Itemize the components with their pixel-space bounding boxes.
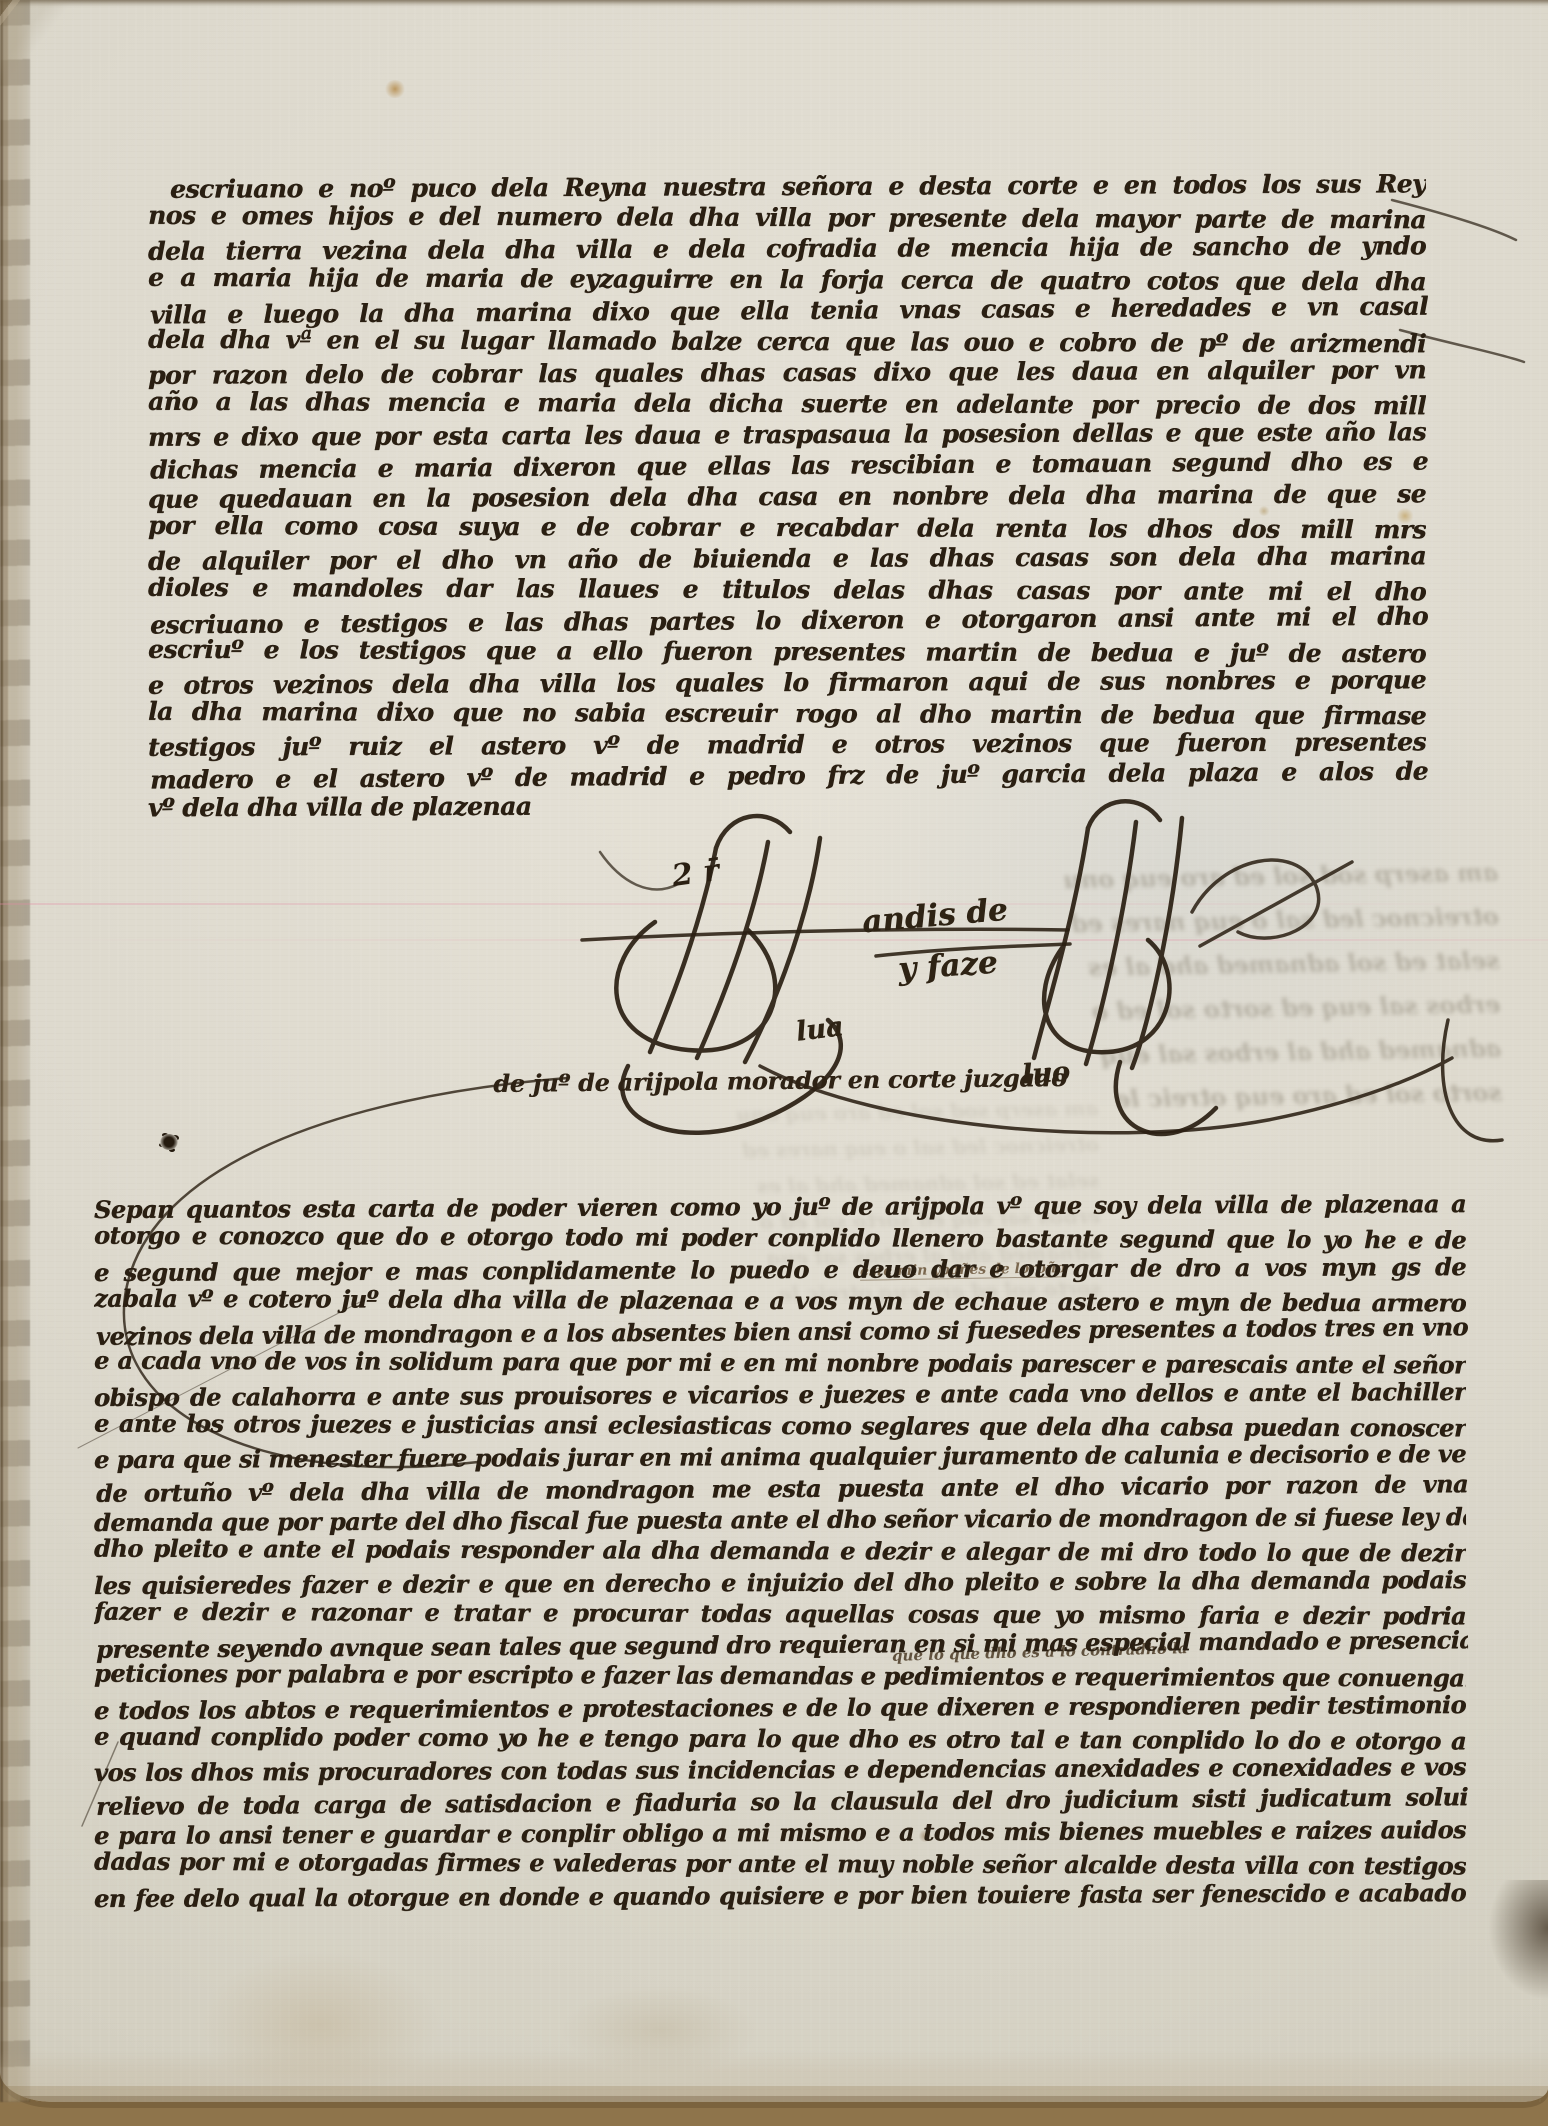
right-edge-smudge <box>1488 1880 1548 2000</box>
manuscript-line: les quisieredes fazer e dezir e que en d… <box>94 1565 1466 1602</box>
manuscript-line: dela dha vª en el su lugar llamado balze… <box>148 325 1426 360</box>
manuscript-line: e segund que mejor e mas conplidamente l… <box>94 1252 1466 1289</box>
manuscript-line: por ella como cosa suya e de cobrar e re… <box>148 511 1426 546</box>
top-page-edge <box>0 0 1548 7</box>
manuscript-line: dela tierra vezina dela dha villa e dela… <box>148 231 1426 268</box>
manuscript-line: que quedauan en la posesion dela dha cas… <box>148 479 1426 516</box>
manuscript-page: am aserp sod sol ed aro euq onuotreicnoc… <box>0 0 1548 2102</box>
manuscript-line: nos e omes hijos e del numero dela dha v… <box>148 201 1426 236</box>
text-block-lower: Sepan quantos esta carta de poder vieren… <box>94 1192 1466 1912</box>
manuscript-line: vº dela dha villa de plazenaa <box>148 791 748 825</box>
ink-blot <box>160 1134 178 1150</box>
manuscript-line: dadas por mi e otorgadas firmes e valede… <box>94 1847 1466 1883</box>
manuscript-line: otorgo e conozco que do e otorgo todo mi… <box>94 1221 1466 1257</box>
manuscript-line: de alquiler por el dho vn año de biuiend… <box>148 541 1426 578</box>
text-block-upper: escriuano e noº puco dela Reyna nuestra … <box>148 172 1426 823</box>
manuscript-scan: am aserp sod sol ed aro euq onuotreicnoc… <box>0 0 1548 2126</box>
manuscript-line: la dha marina dixo que no sabia escreuir… <box>148 697 1426 732</box>
manuscript-line: escriuano e noº puco dela Reyna nuestra … <box>148 169 1426 206</box>
quire-mark: 2 r̄ <box>670 853 722 894</box>
manuscript-line: peticiones por palabra e por escripto e … <box>94 1659 1466 1695</box>
manuscript-line: por razon delo de cobrar las quales dhas… <box>148 355 1426 392</box>
manuscript-line: en fee delo qual la otorgue en donde e q… <box>94 1878 1466 1915</box>
torn-corner <box>0 0 150 180</box>
manuscript-line: e a cada vno de vos in solidum para que … <box>94 1346 1466 1382</box>
bottom-deckle-edge <box>0 2046 1548 2102</box>
manuscript-line: escriuº e los testigos que a ello fueron… <box>148 635 1426 670</box>
ink-stain <box>384 80 406 98</box>
left-edge-crease <box>0 0 30 2102</box>
manuscript-line: e otros vezinos dela dha villa los quale… <box>148 665 1426 702</box>
ghost-line: am aserp sod sol ed aro euq onu <box>198 1090 1098 1142</box>
manuscript-line: dho pleito e ante el podais responder al… <box>94 1534 1466 1570</box>
signature-name-lower: y faze <box>897 945 999 988</box>
ghost-line: otreicnoc led sal o euq nares ed <box>199 1126 1099 1178</box>
manuscript-line: año a las dhas mencia e maria dela dicha… <box>148 387 1426 422</box>
signature-paraph-left: lua <box>794 1011 845 1048</box>
